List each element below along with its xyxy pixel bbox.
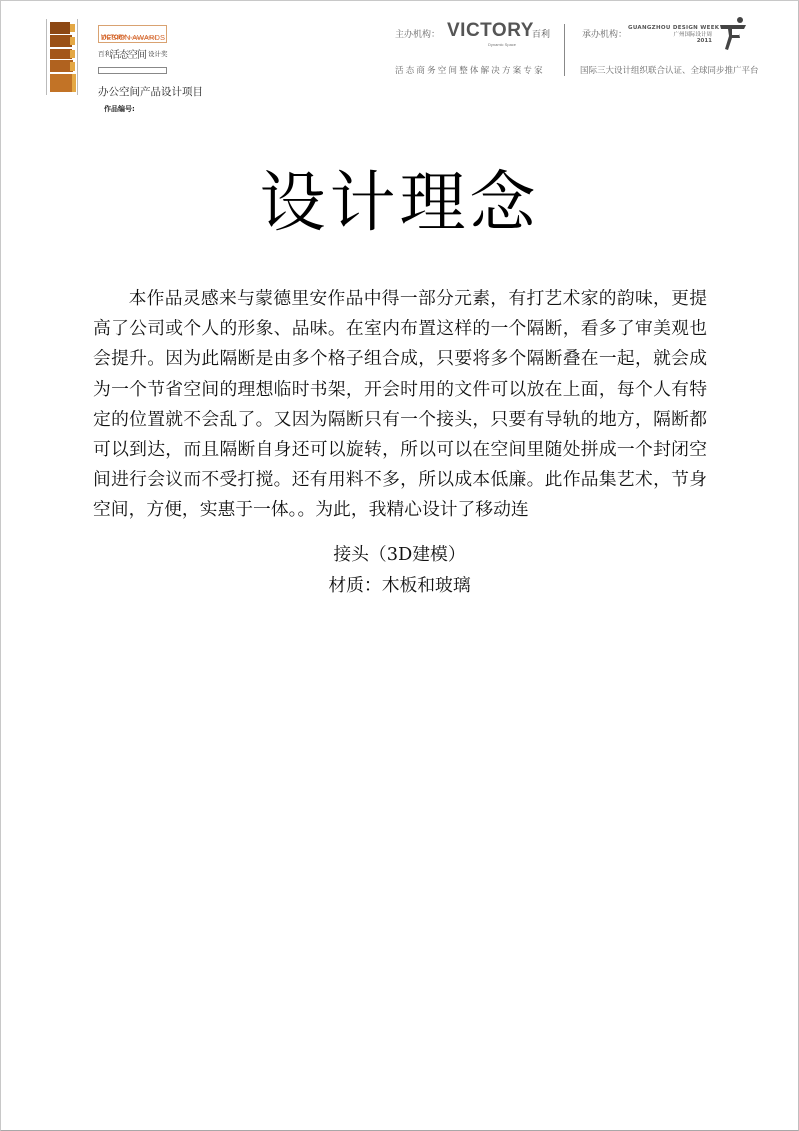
gdw-year: 2011: [628, 38, 712, 45]
gdw-name-en: GUANGZHOU DESIGN WEEK: [628, 25, 712, 32]
award-name-en: DESIGN AWARDS: [101, 34, 165, 42]
co-organizer-label: 承办机构：: [582, 27, 627, 40]
entry-field-box: [98, 67, 167, 74]
co-organizer-slogan: 国际三大设计组织联合认证、全球同步推广平台: [580, 64, 759, 76]
victory-logo-cn: 百利: [532, 27, 550, 40]
victory-logo-sub: Dynamic Space: [488, 42, 516, 47]
stacked-boxes-logo-icon: [46, 19, 78, 95]
material-line: 材质：木板和玻璃: [0, 577, 799, 595]
design-concept-paragraph: 本作品灵感来与蒙德里安作品中得一部分元素，有打艺术家的韵味，更提高了公司或个人的…: [93, 284, 707, 526]
model-line: 接头（3D建模）: [0, 546, 799, 564]
host-slogan: 活态商务空间整体解决方案专家: [395, 64, 545, 76]
award-suffix: 设计奖: [148, 49, 168, 58]
design-awards-logo: VICTORYDYNAMIC SPACE DESIGN AWARDS: [98, 25, 167, 43]
gdw-name-cn: 广州国际设计周: [628, 32, 712, 39]
project-category: 办公空间产品设计项目: [98, 84, 203, 99]
award-script: 活态空间: [110, 46, 146, 61]
host-label: 主办机构：: [395, 27, 440, 40]
guangzhou-design-week-logo: GUANGZHOU DESIGN WEEK 广州国际设计周 2011: [628, 25, 712, 45]
award-name-cn: 百利 活态空间 设计奖: [98, 46, 170, 60]
page-title: 设计理念: [0, 170, 799, 236]
entry-number-label: 作品编号:: [104, 104, 135, 114]
victory-logo: VICTORY: [447, 21, 534, 40]
running-figure-logo-icon: [718, 16, 748, 50]
header-divider: [564, 24, 565, 76]
